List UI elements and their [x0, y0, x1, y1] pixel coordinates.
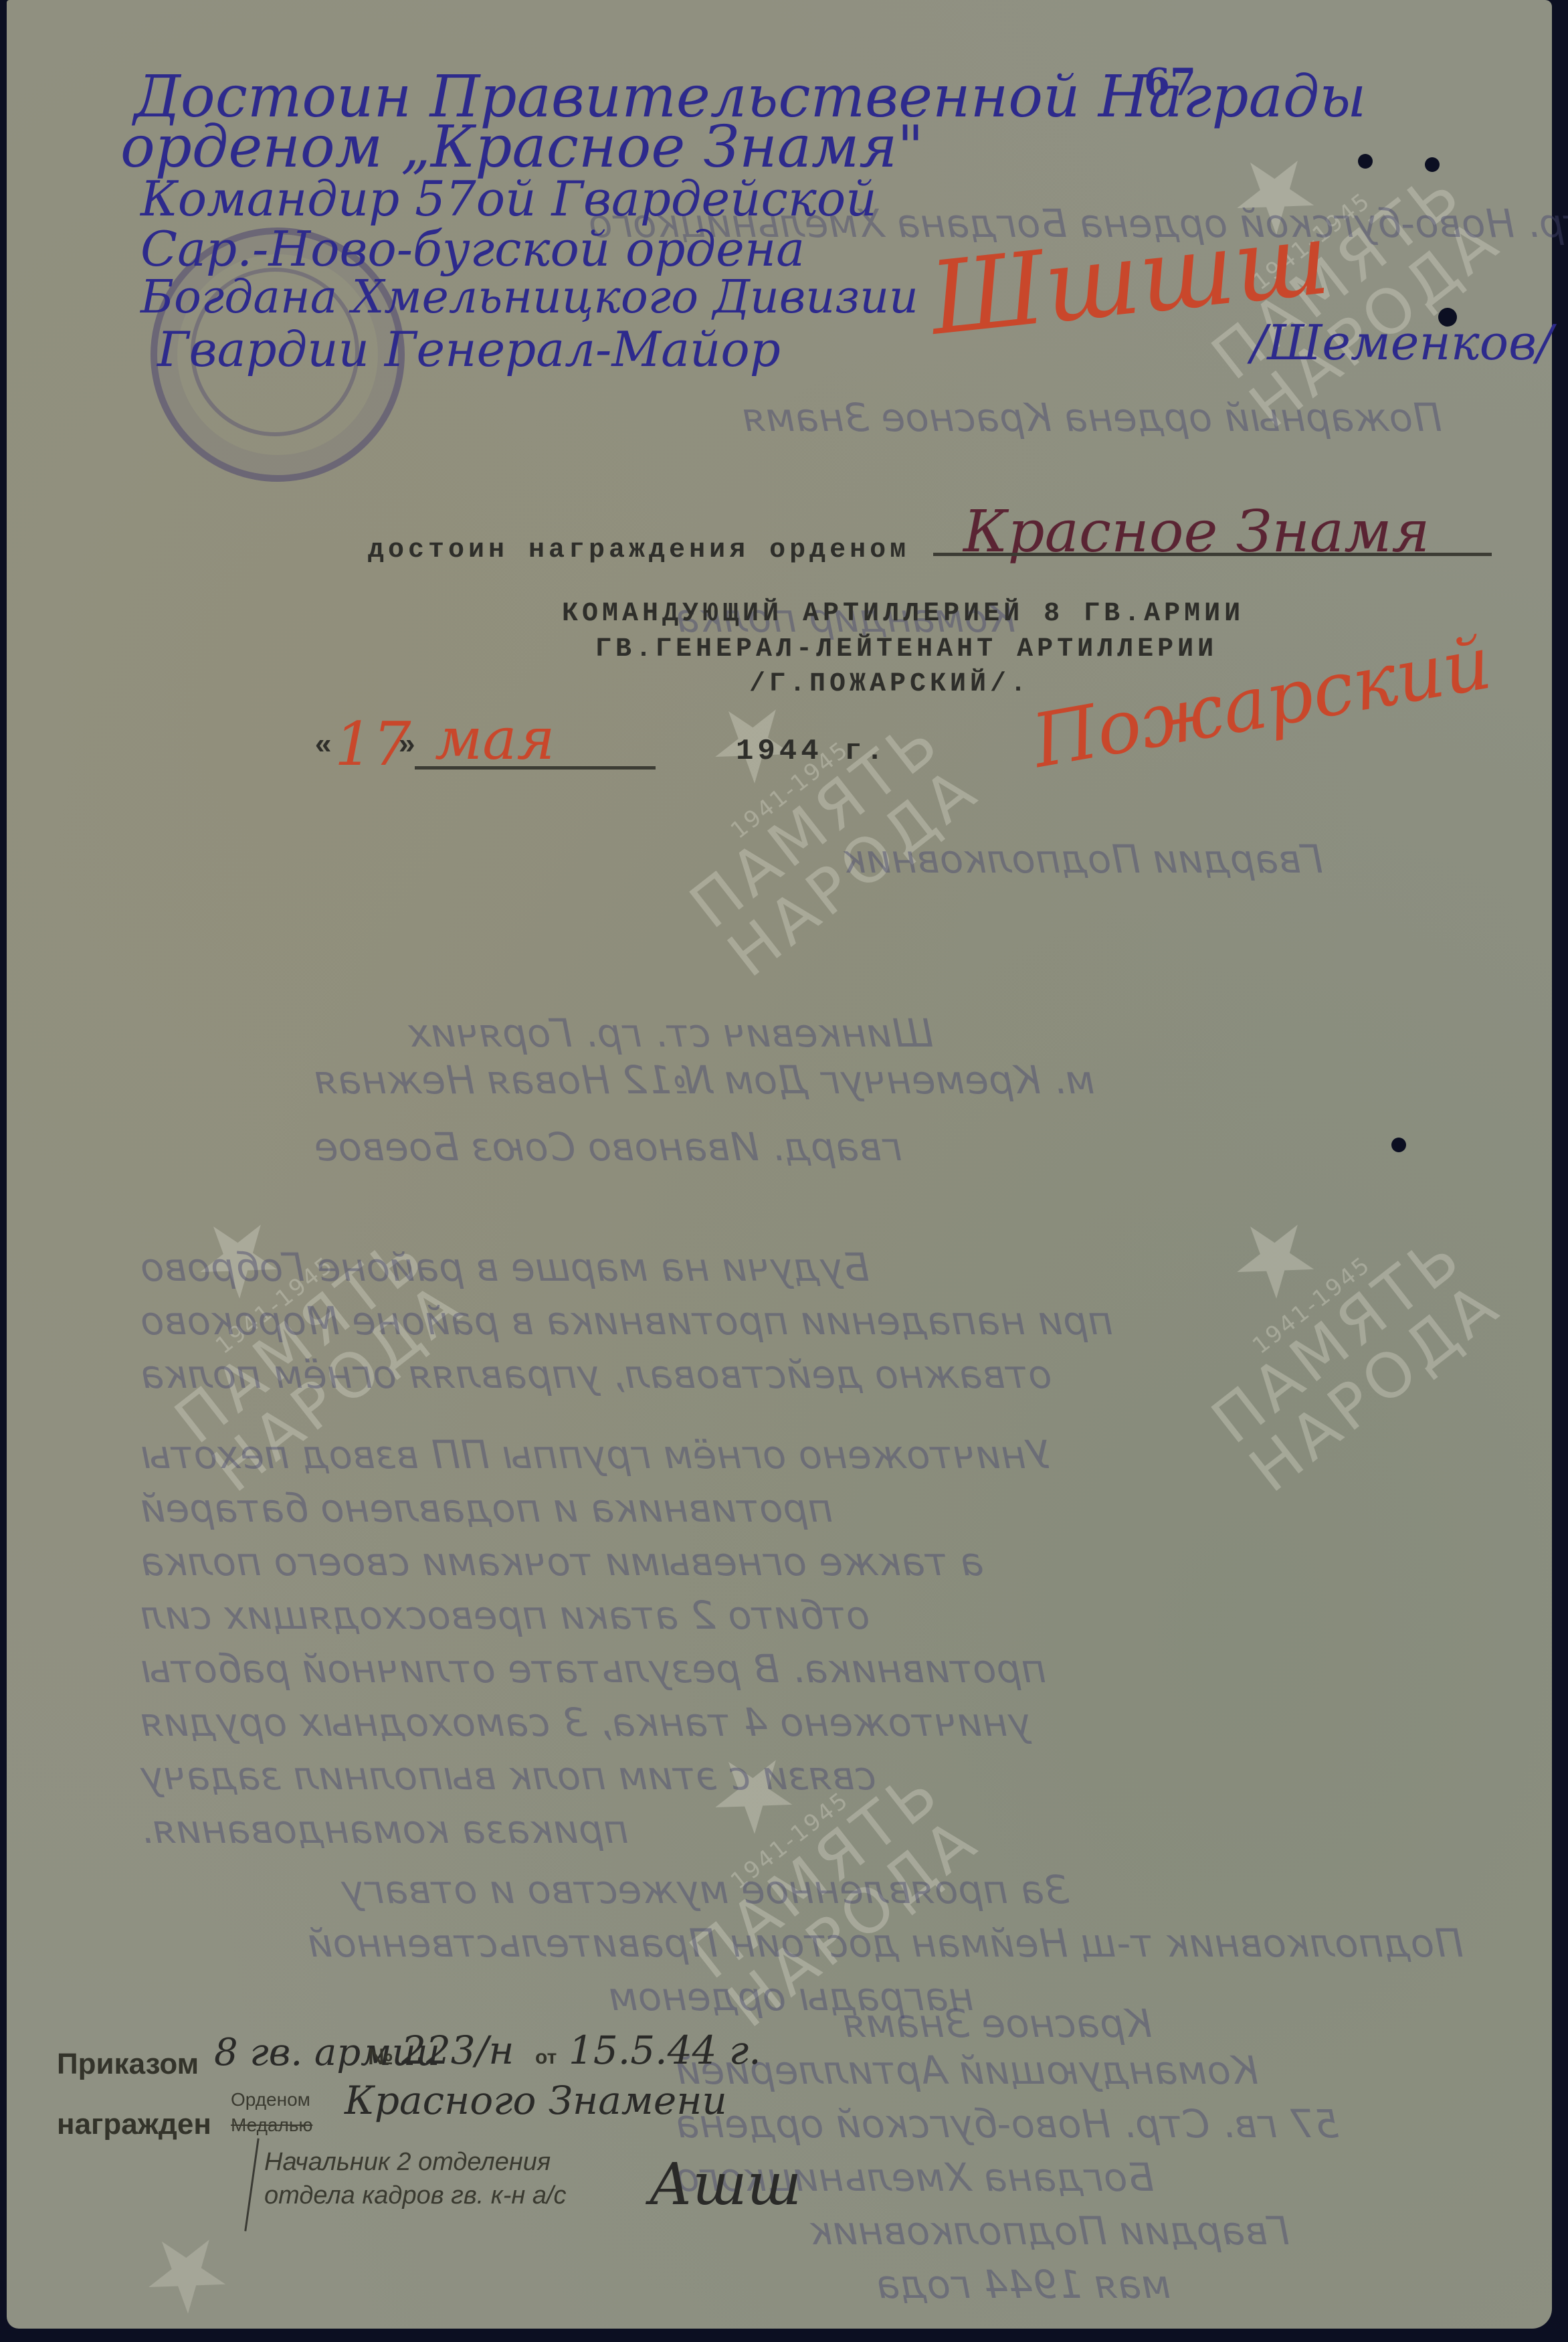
date-underline [415, 766, 656, 770]
typed-award-label: достоин награждения орденом [368, 535, 910, 565]
watermark: ★ [119, 2205, 252, 2339]
awarded-value: Красного Знамени [345, 2078, 727, 2123]
scanned-document-page: ★ 1941-1945 ПАМЯТЬ НАРОДА ★ 1941-1945 ПА… [7, 0, 1552, 2329]
punch-hole [1425, 157, 1440, 172]
order-number: 223/н [401, 2028, 514, 2073]
punch-hole [1391, 1138, 1406, 1152]
bracket-line [244, 2138, 259, 2231]
punch-hole [1358, 154, 1373, 169]
order-underline [933, 553, 1492, 556]
date-year: 1944 г. [736, 735, 888, 768]
star-icon: ★ [119, 2205, 252, 2339]
date-month: мая [435, 706, 555, 773]
signer-name: /Шеменков/ [1251, 314, 1553, 371]
watermark: ★ 1941-1945 ПАМЯТЬ НАРОДА [1126, 1126, 1512, 1503]
watermark: ★ 1941-1945 ПАМЯТЬ НАРОДА [605, 611, 990, 988]
order-date: 15.5.44 г. [569, 2028, 761, 2073]
signer-signature: Ашш [649, 2151, 801, 2218]
